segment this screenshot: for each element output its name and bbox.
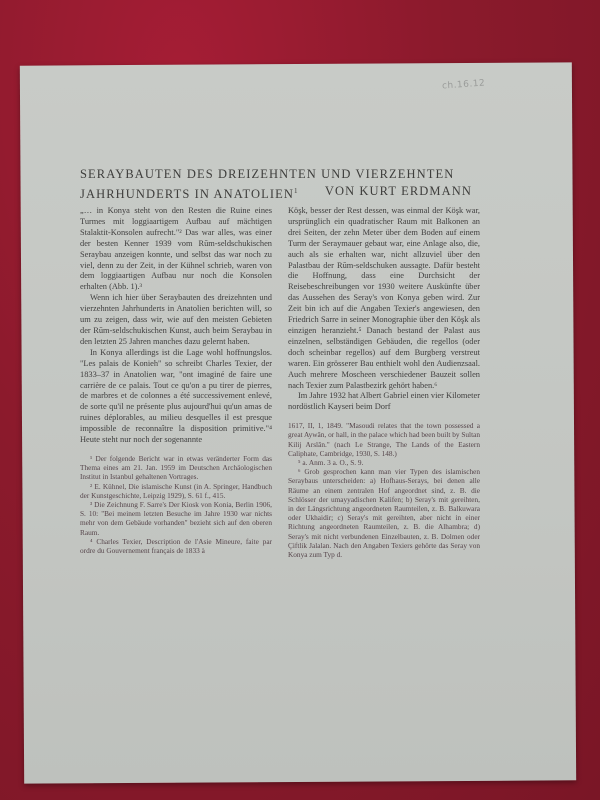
body-paragraph: Im Jahre 1932 hat Albert Gabriel einen v… [288, 391, 480, 413]
footnote: ⁴ Charles Texier, Description de l'Asie … [80, 537, 272, 555]
footnotes-right: 1617, II, 1, 1849. "Masoudi relates that… [288, 421, 480, 559]
title-line-2: Jahrhunderts in Anatolien1 Von Kurt Erdm… [80, 183, 472, 203]
footnote: ¹ Der folgende Bericht war in etwas verä… [80, 454, 272, 482]
footnote: ⁵ a. Anm. 3 a. O., S. 9. [288, 458, 480, 467]
article-title: Seraybauten des dreizehnten und vierzehn… [80, 166, 472, 203]
title-footnote-mark: 1 [294, 187, 299, 195]
body-paragraph: „… in Konya steht von den Resten die Rui… [80, 206, 272, 293]
title-line-2-text: Jahrhunderts in Anatolien1 [80, 183, 299, 203]
author-byline: Von Kurt Erdmann [325, 183, 472, 203]
title-subject: Jahrhunderts in Anatolien [80, 187, 294, 201]
left-column: „… in Konya steht von den Resten die Rui… [80, 206, 272, 555]
title-line-1: Seraybauten des dreizehnten und vierzehn… [80, 166, 472, 183]
footnote: ⁶ Grob gesprochen kann man vier Typen de… [288, 467, 480, 559]
footnote: 1617, II, 1, 1849. "Masoudi relates that… [288, 421, 480, 458]
footnote: ² E. Kühnel, Die islamische Kunst (in A.… [80, 482, 272, 500]
body-paragraph: Wenn ich hier über Seraybauten des dreiz… [80, 293, 272, 348]
body-paragraph: Köşk, besser der Rest dessen, was einmal… [288, 206, 480, 391]
footnotes-left: ¹ Der folgende Bericht war in etwas verä… [80, 454, 272, 555]
footnote: ³ Die Zeichnung F. Sarre's Der Kiosk von… [80, 500, 272, 537]
right-column: Köşk, besser der Rest dessen, was einmal… [288, 206, 480, 559]
body-paragraph: In Konya allerdings ist die Lage wohl ho… [80, 348, 272, 446]
